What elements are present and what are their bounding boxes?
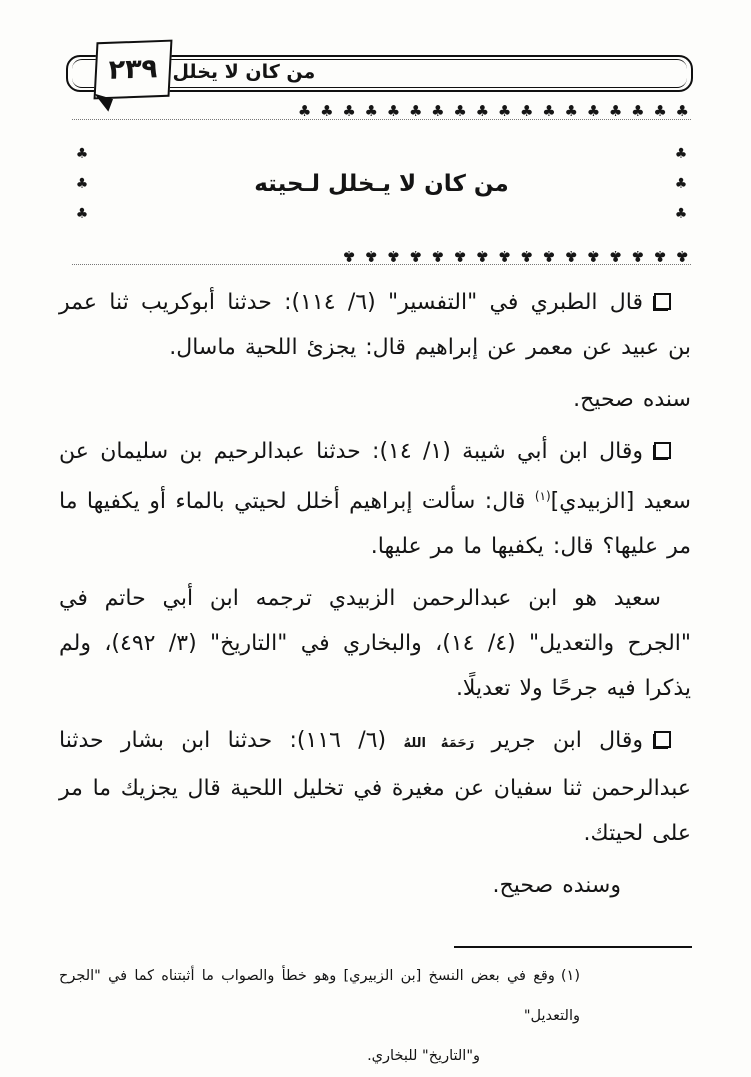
square-bullet-icon xyxy=(654,731,671,748)
paragraph: قال الطبري في "التفسير" (٦/ ١١٤): حدثنا … xyxy=(59,280,691,370)
text-run: وقال ابن جرير xyxy=(474,728,643,753)
book-page: من كان لا يخلل لحيته ٢٣٩ ♣ ♣ ♣ ♣ ♣ ♣ ♣ ♣… xyxy=(0,0,751,1077)
ornament-column-right-icon: ♣ ♣ ♣ xyxy=(671,139,691,229)
footnote-area: (١)وقع في بعض النسخ [بن الزبيري] وهو خطأ… xyxy=(59,946,692,1076)
ornament-column-left-icon: ♣ ♣ ♣ xyxy=(72,139,92,229)
chapter-ornament-frame: ♣ ♣ ♣ ♣ ♣ ♣ ♣ ♣ ♣ ♣ ♣ ♣ ♣ ♣ ♣ ♣ ♣ ♣ ♣ ♣ … xyxy=(72,103,691,265)
text-run: وسنده صحيح. xyxy=(493,873,621,898)
text-run: سعيد هو ابن عبدالرحمن الزبيدي ترجمه ابن … xyxy=(59,586,691,701)
footnote-line: (١)وقع في بعض النسخ [بن الزبيري] وهو خطأ… xyxy=(59,956,580,1036)
paragraph: سعيد هو ابن عبدالرحمن الزبيدي ترجمه ابن … xyxy=(59,576,691,711)
footnote-marker: (١) xyxy=(561,968,580,984)
text-run: سنده صحيح. xyxy=(573,387,691,412)
chapter-title: من كان لا يـخلل لـحيته xyxy=(92,171,671,197)
paragraph: وقال ابن جرير رَحَمَهُ اللهُ (٦/ ١١٦): ح… xyxy=(59,718,691,856)
grade-line: وسنده صحيح. xyxy=(59,863,621,908)
footnote-separator xyxy=(454,946,692,948)
footnote-line: و"التاريخ" للبخاري. xyxy=(59,1036,480,1076)
grade-line: سنده صحيح. xyxy=(59,377,691,422)
footnote-ref: (١) xyxy=(535,489,551,503)
paragraph: وقال ابن أبي شيبة (١/ ١٤): حدثنا عبدالرح… xyxy=(59,429,691,569)
square-bullet-icon xyxy=(654,293,671,310)
text-run: قال الطبري في "التفسير" (٦/ ١١٤): حدثنا … xyxy=(59,290,691,360)
honorific: رَحَمَهُ اللهُ xyxy=(403,736,474,751)
square-bullet-icon xyxy=(654,442,671,459)
page-number-flag: ٢٣٩ xyxy=(94,40,173,100)
footnote-text: وقع في بعض النسخ [بن الزبيري] وهو خطأ وا… xyxy=(59,968,580,1024)
ornament-row-top-icon: ♣ ♣ ♣ ♣ ♣ ♣ ♣ ♣ ♣ ♣ ♣ ♣ ♣ ♣ ♣ ♣ ♣ ♣ xyxy=(72,103,691,120)
body-text: قال الطبري في "التفسير" (٦/ ١١٤): حدثنا … xyxy=(59,280,691,915)
page-number: ٢٣٩ xyxy=(107,53,158,86)
ornament-row-bottom-icon: ♣ ♣ ♣ ♣ ♣ ♣ ♣ ♣ ♣ ♣ ♣ ♣ ♣ ♣ ♣ ♣ xyxy=(72,248,691,265)
